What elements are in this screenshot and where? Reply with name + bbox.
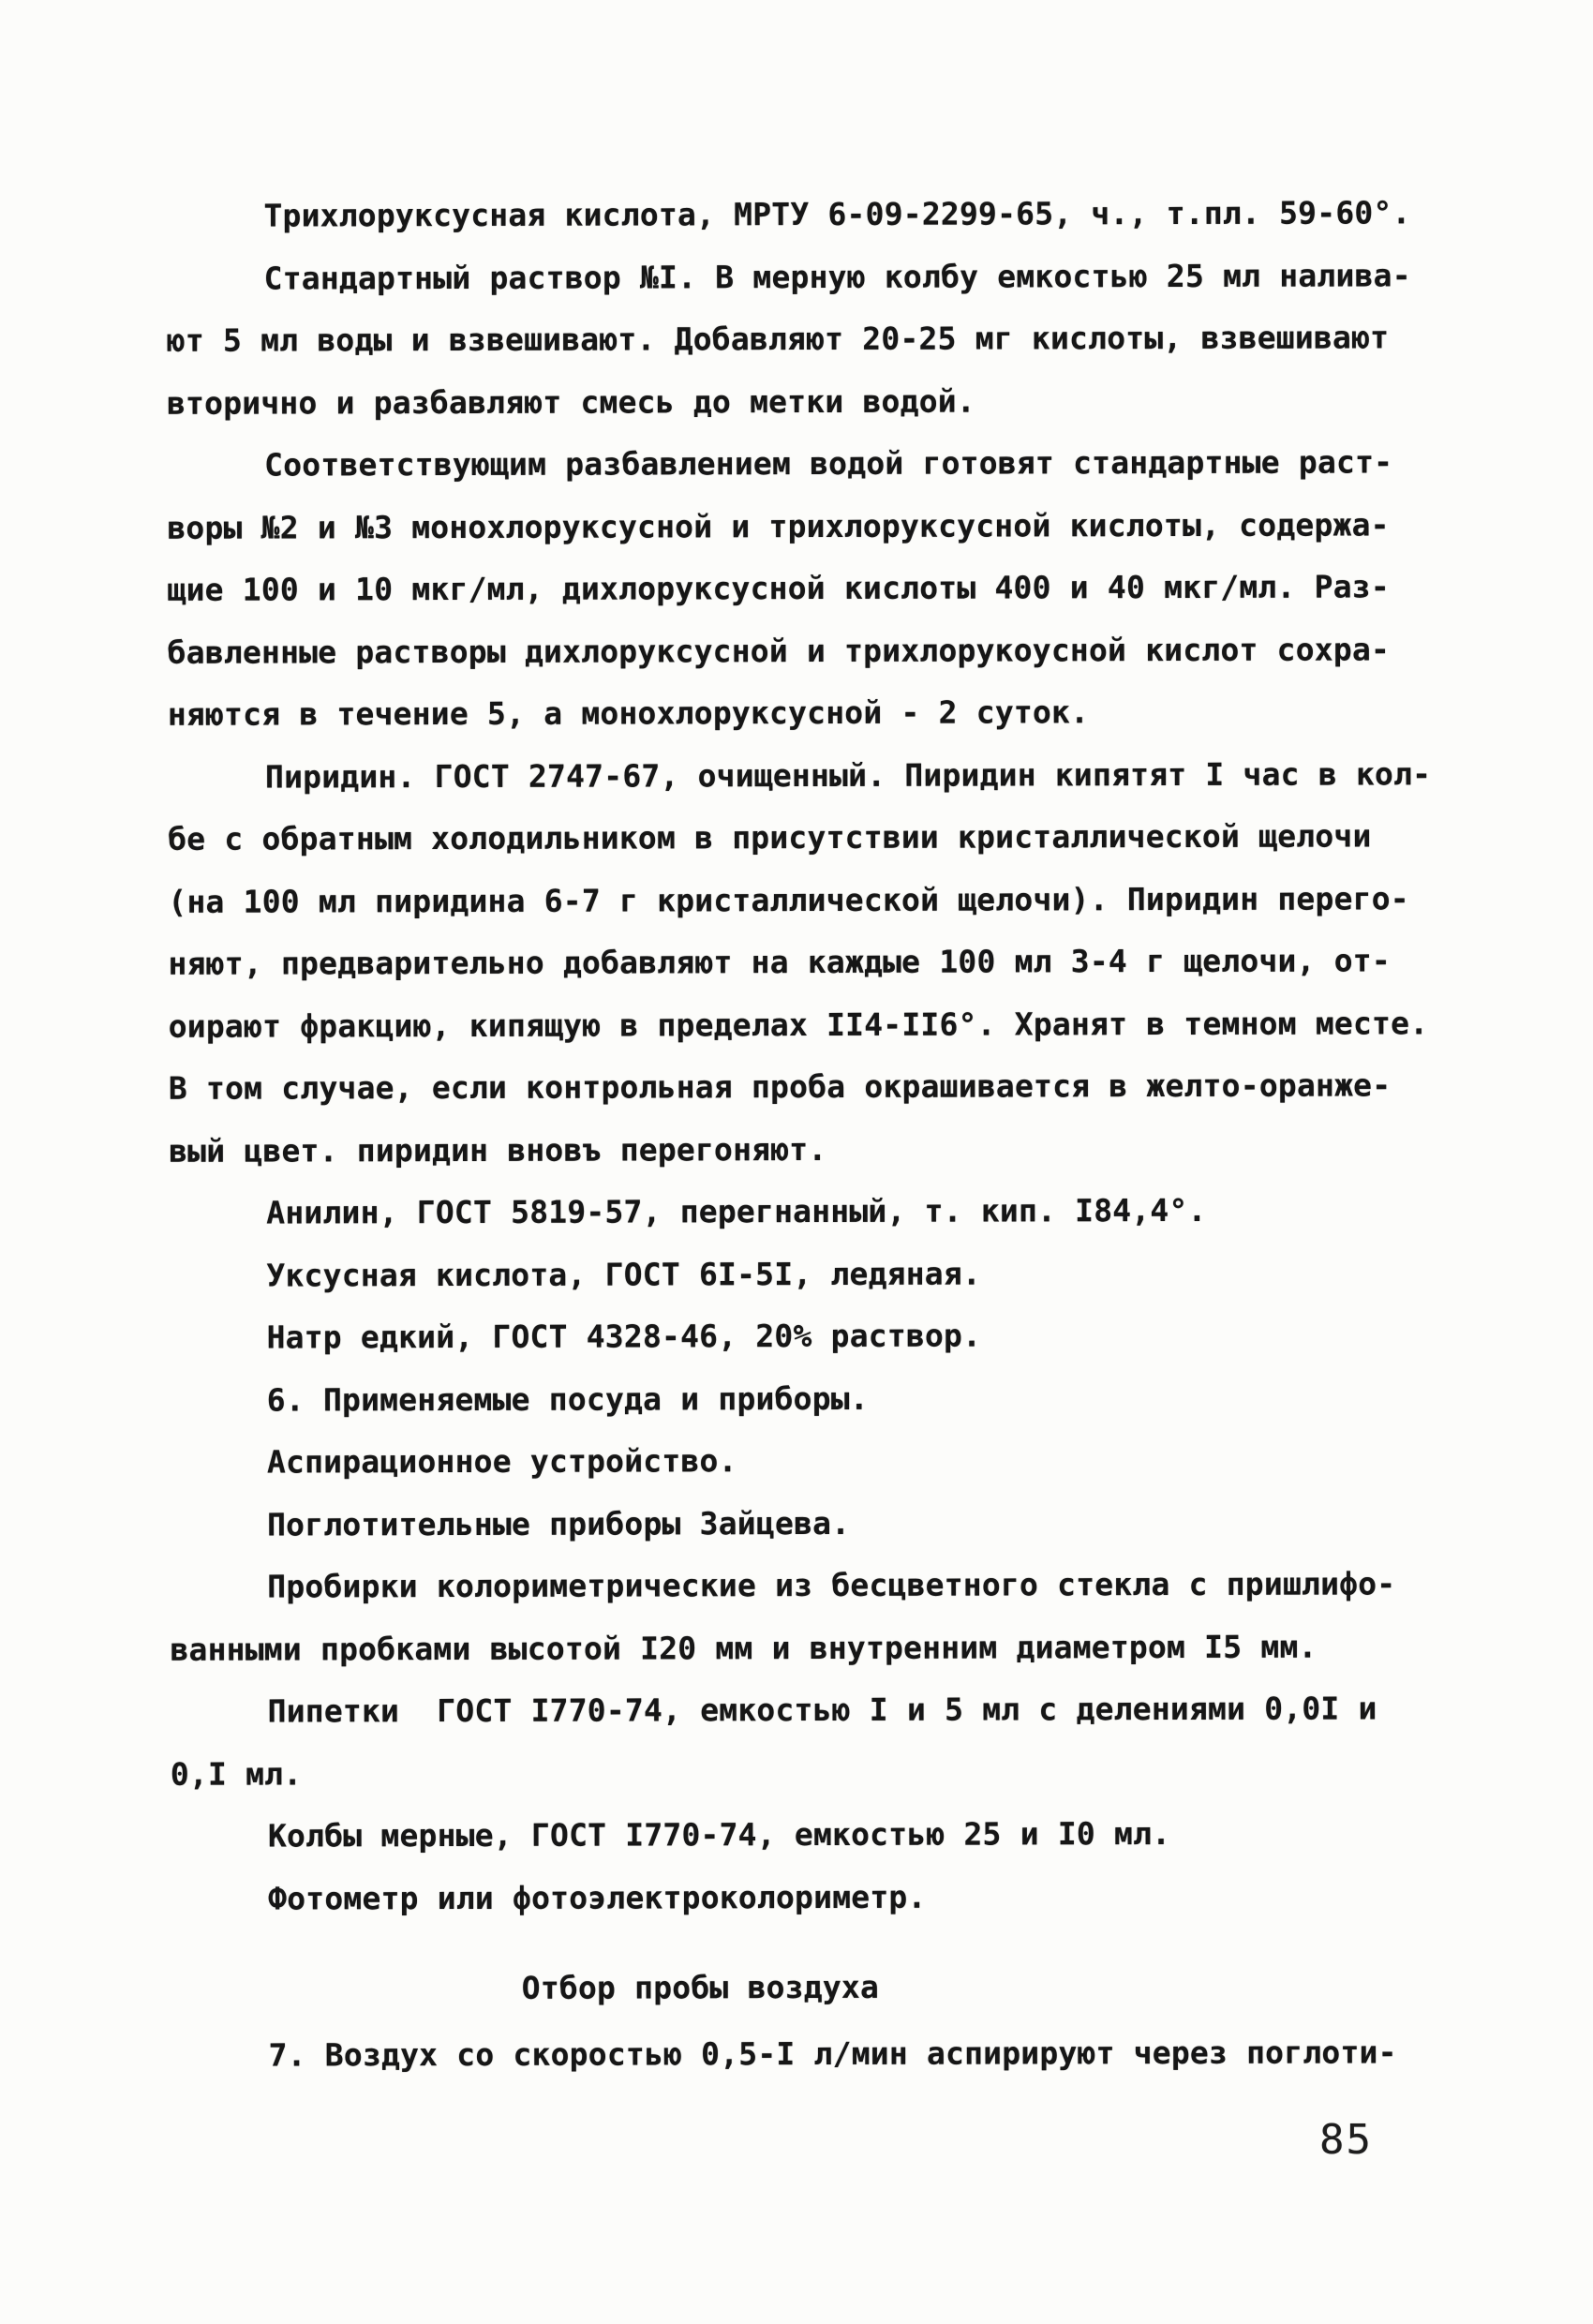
text-line: вторично и разбавляют смесь до метки вод… bbox=[167, 369, 1451, 435]
section-heading: Отбор пробы воздуха bbox=[58, 1956, 1342, 2021]
text-line: ют 5 мл воды и взвешивают. Добавляют 20-… bbox=[167, 306, 1451, 372]
text-line: воры №2 и №3 монохлоруксусной и трихлору… bbox=[167, 494, 1451, 559]
text-line: няют, предварительно добавляют на каждые… bbox=[168, 930, 1452, 995]
text-line: ванными пробками высотой I20 мм и внутре… bbox=[170, 1616, 1453, 1681]
text-line: Соответствующим разбавлением водой готов… bbox=[167, 431, 1451, 497]
text-line: оирают фракцию, кипящую в пределах II4-I… bbox=[169, 992, 1452, 1058]
text-line: Пробирки колориметрические из бесцветног… bbox=[170, 1553, 1453, 1618]
text-line: Пипетки ГОСТ I770-74, емкостью I и 5 мл … bbox=[171, 1677, 1454, 1743]
text-line: 0,I мл. bbox=[171, 1740, 1454, 1806]
text-line: Поглотительные приборы Зайцева. bbox=[170, 1491, 1453, 1557]
text-line: Пиридин. ГОСТ 2747-67, очищенный. Пириди… bbox=[168, 743, 1452, 809]
text-line: бавленные растворы дихлоруксусной и трих… bbox=[168, 618, 1452, 684]
text-line: Уксусная кислота, ГОСТ 6I-5I, ледяная. bbox=[169, 1242, 1452, 1307]
text-line: Фотометр или фотоэлектроколориметр. bbox=[171, 1865, 1454, 1930]
text-line: В том случае, если контрольная проба окр… bbox=[169, 1054, 1452, 1120]
paragraph-lines: 7. Воздух со скоростью 0,5-I л/мин аспир… bbox=[171, 2021, 1454, 2087]
text-line: (на 100 мл пиридина 6-7 г кристаллическо… bbox=[168, 868, 1452, 933]
text-line: щие 100 и 10 мкг/мл, дихлоруксусной кисл… bbox=[167, 556, 1451, 621]
text-line: Трихлоруксусная кислота, МРТУ 6-09-2299-… bbox=[166, 182, 1450, 247]
text-line: Натр едкий, ГОСТ 4328-46, 20% раствор. bbox=[169, 1304, 1452, 1369]
text-line: 6. Применяемые посуда и приборы. bbox=[170, 1366, 1453, 1432]
text-line: вый цвет. пиридин вновъ перегоняют. bbox=[169, 1117, 1452, 1183]
text-block: Трихлоруксусная кислота, МРТУ 6-09-2299-… bbox=[166, 182, 1454, 2087]
text-line: Колбы мерные, ГОСТ I770-74, емкостью 25 … bbox=[171, 1802, 1454, 1868]
page-number: 85 bbox=[1319, 2116, 1373, 2164]
text-line: 7. Воздух со скоростью 0,5-I л/мин аспир… bbox=[171, 2021, 1454, 2087]
scanned-page: Трихлоруксусная кислота, МРТУ 6-09-2299-… bbox=[0, 0, 1593, 2324]
text-line: няются в течение 5, а монохлоруксусной -… bbox=[168, 680, 1452, 746]
text-line: Стандартный раствор №I. В мерную колбу е… bbox=[167, 245, 1451, 310]
text-line: Аспирационное устройство. bbox=[170, 1428, 1453, 1494]
text-line: бе с обратным холодильником в присутстви… bbox=[168, 805, 1452, 871]
text-line: Анилин, ГОСТ 5819-57, перегнанный, т. ки… bbox=[169, 1179, 1452, 1244]
paragraph-lines: Трихлоруксусная кислота, МРТУ 6-09-2299-… bbox=[166, 182, 1454, 1930]
